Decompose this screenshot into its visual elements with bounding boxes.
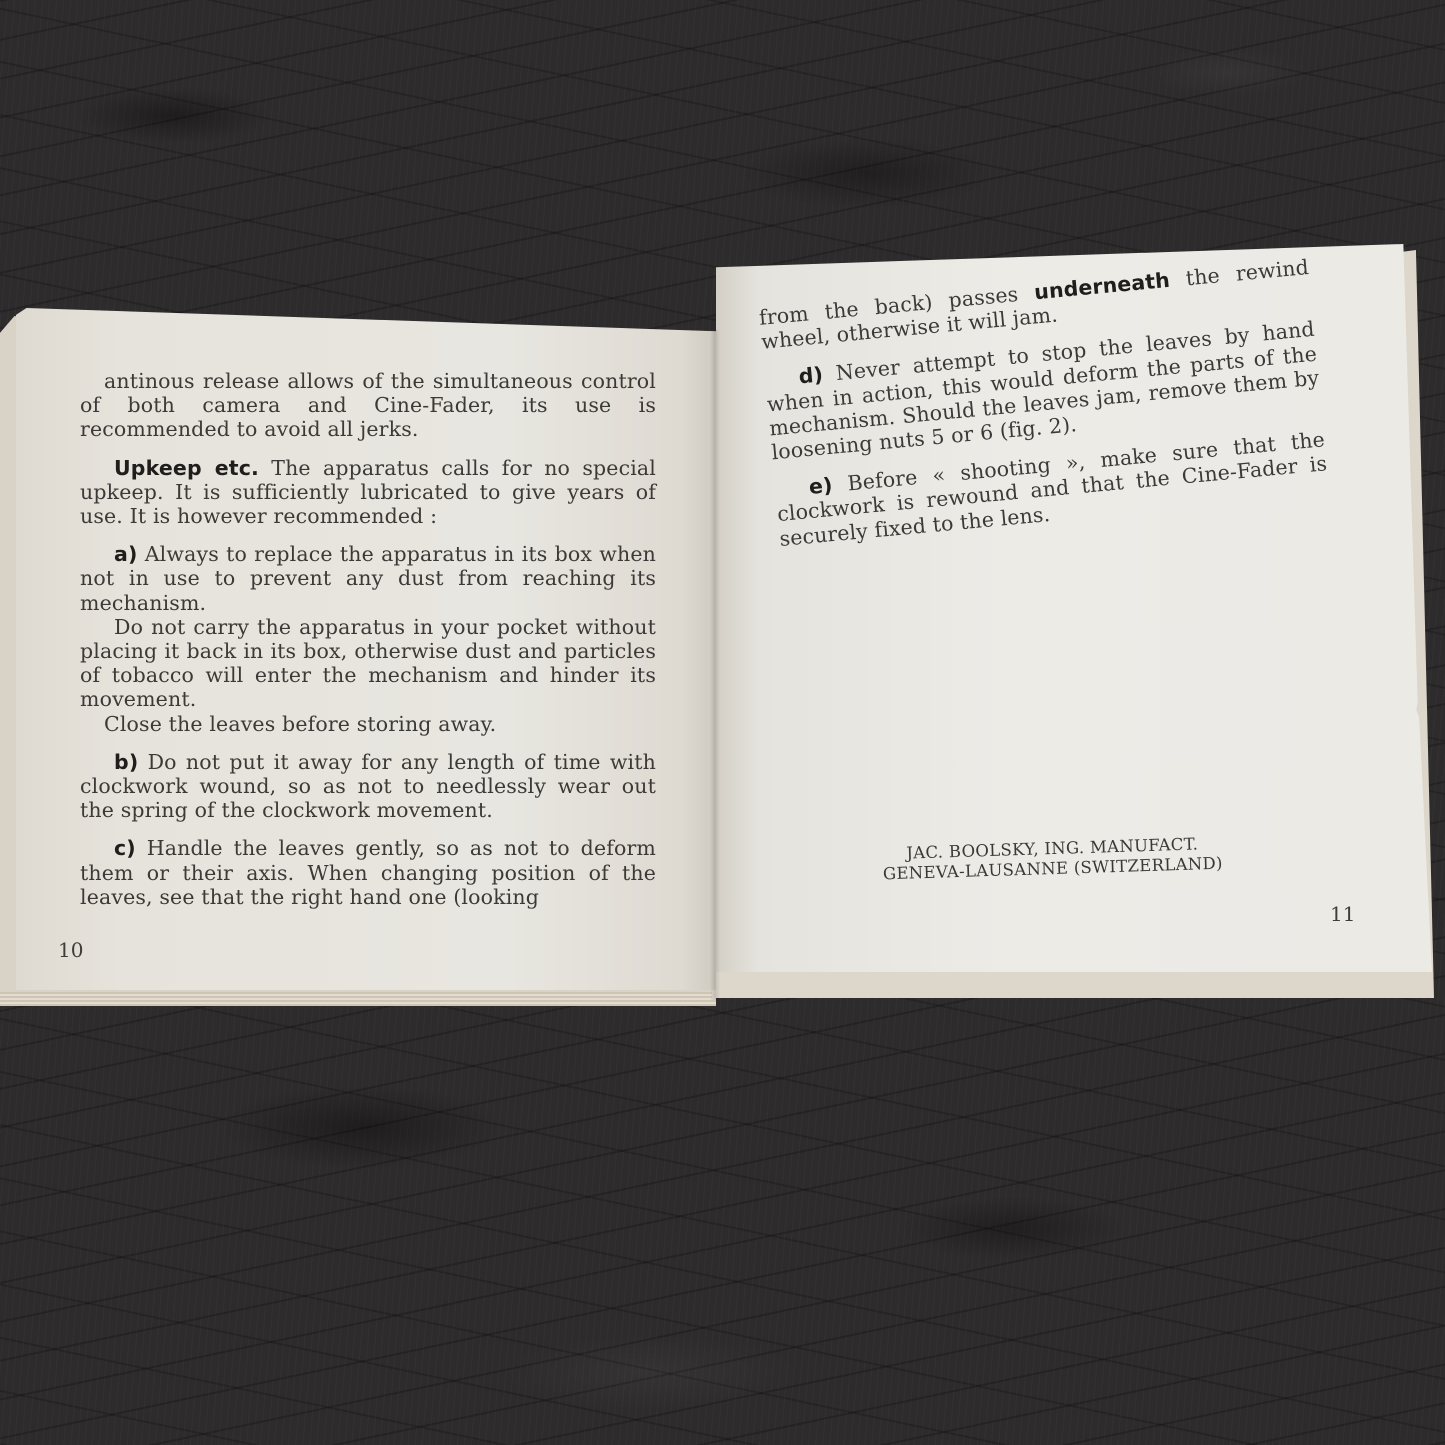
item-label-b: b)	[114, 750, 138, 774]
paragraph-a-2: Do not carry the apparatus in your pocke…	[80, 615, 656, 712]
paragraph-upkeep: Upkeep etc. The apparatus calls for no s…	[80, 456, 656, 529]
paragraph-c: c) Handle the leaves gently, so as not t…	[80, 836, 656, 909]
item-label-c: c)	[114, 836, 136, 860]
paragraph-a-3: Close the leaves before storing away.	[80, 712, 656, 736]
upkeep-heading: Upkeep etc.	[114, 456, 259, 480]
paragraph-b: b) Do not put it away for any length of …	[80, 750, 656, 823]
right-page-text: from the back) passes underneath the rew…	[758, 255, 1330, 551]
page-number-right: 11	[1330, 902, 1355, 926]
item-label-a: a)	[114, 542, 138, 566]
paragraph-continuation: antinous release allows of the simultane…	[80, 369, 656, 442]
page-number-left: 10	[58, 938, 83, 962]
item-label-d: d)	[798, 363, 824, 389]
paragraph-a: a) Always to replace the apparatus in it…	[80, 542, 656, 615]
item-label-e: e)	[808, 473, 834, 499]
book-gutter	[710, 330, 720, 1000]
left-page-text: antinous release allows of the simultane…	[80, 369, 656, 909]
